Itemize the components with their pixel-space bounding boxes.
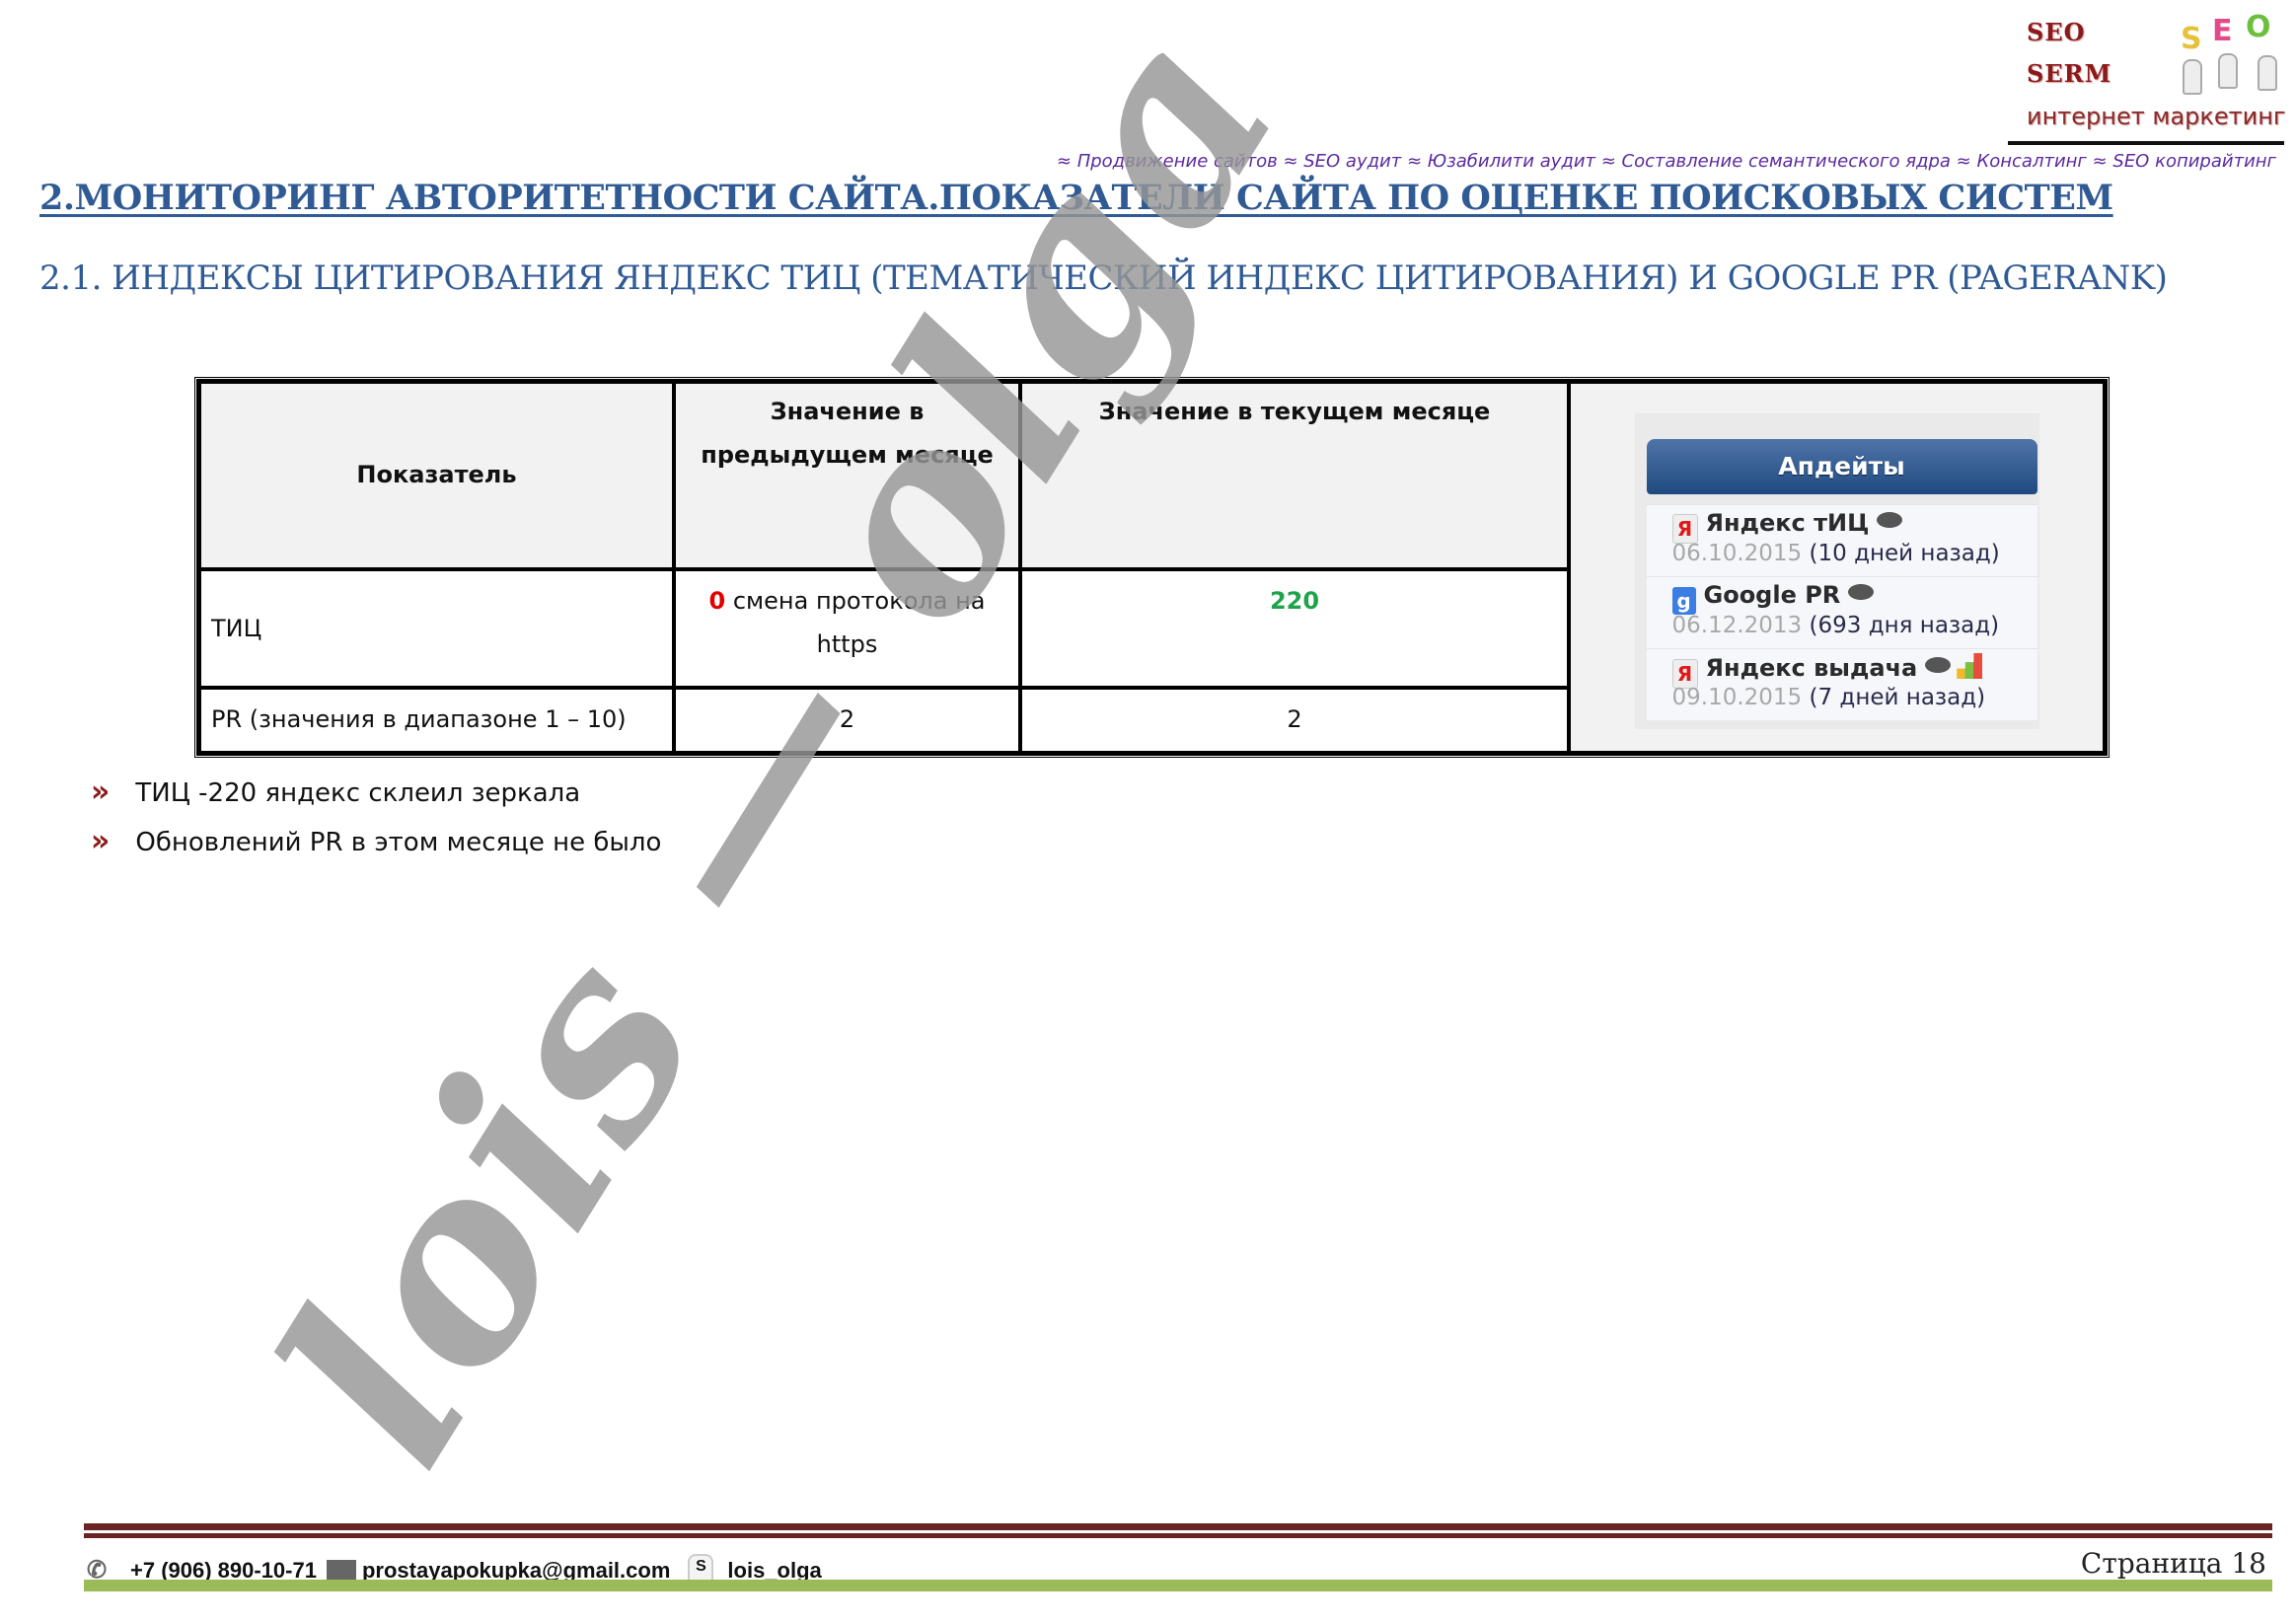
cell-metric: ТИЦ <box>199 569 674 688</box>
logo-balloon-o: O <box>2246 10 2271 44</box>
company-logo: SEO SERM интернет маркетинг S E O <box>2013 8 2289 146</box>
services-tagline: ≈ Продвижение сайтов ≈ SEO аудит ≈ Юзаби… <box>1057 151 2276 172</box>
logo-balloon-s: S <box>2181 22 2202 56</box>
watermark: lois — olga <box>207 0 1352 1533</box>
logo-serm-text: SERM <box>2027 59 2111 88</box>
logo-balloon-e: E <box>2212 14 2233 48</box>
header-current-month: Значение в текущем месяце <box>1020 382 1569 569</box>
bar-chart-icon[interactable] <box>1957 653 1982 679</box>
cell-prev-value: 0 смена протокола на https <box>674 569 1020 688</box>
cell-current-value: 2 <box>1020 688 1569 753</box>
updates-header-button[interactable]: Апдейты <box>1647 439 2037 494</box>
section-subtitle: 2.1. ИНДЕКСЫ ЦИТИРОВАНИЯ ЯНДЕКС ТИЦ (ТЕМ… <box>39 258 2167 298</box>
logo-divider <box>2008 141 2284 145</box>
cell-metric: PR (значения в диапазоне 1 – 10) <box>199 688 674 753</box>
comment-icon[interactable] <box>1877 512 1902 528</box>
updates-widget-cell: Апдейты ЯЯндекс тИЦ 06.10.2015 (10 дней … <box>1569 382 2105 753</box>
yandex-icon: Я <box>1672 514 1698 544</box>
double-chevron-icon: » <box>91 775 110 809</box>
section-title: 2.МОНИТОРИНГ АВТОРИТЕТНОСТИ САЙТА.ПОКАЗА… <box>39 178 2113 218</box>
update-item[interactable]: ЯЯндекс тИЦ 06.10.2015 (10 дней назад) <box>1647 504 2037 576</box>
updates-widget: Апдейты ЯЯндекс тИЦ 06.10.2015 (10 дней … <box>1635 413 2039 729</box>
cartoon-figure-icon <box>2258 55 2277 91</box>
page-number: Страница 18 <box>2081 1547 2266 1580</box>
header-metric: Показатель <box>199 382 674 569</box>
cartoon-figure-icon <box>2183 59 2202 95</box>
logo-internet-marketing-text: интернет маркетинг <box>2027 103 2286 130</box>
email-icon <box>327 1560 356 1582</box>
bullet-item: »Обновлений PR в этом месяце не было <box>91 824 661 858</box>
google-icon: g <box>1672 587 1696 615</box>
cartoon-figure-icon <box>2218 53 2238 89</box>
comment-icon[interactable] <box>1848 584 1874 600</box>
footer-divider <box>84 1533 2272 1538</box>
header-prev-month: Значение в предыдущем месяце <box>674 382 1020 569</box>
cell-prev-value: 2 <box>674 688 1020 753</box>
update-item[interactable]: gGoogle PR 06.12.2013 (693 дня назад) <box>1647 576 2037 648</box>
footer-green-bar <box>84 1580 2272 1591</box>
double-chevron-icon: » <box>91 824 110 858</box>
update-item[interactable]: ЯЯндекс выдача 09.10.2015 (7 дней назад) <box>1647 648 2037 720</box>
bullet-item: »ТИЦ -220 яндекс склеил зеркала <box>91 775 580 809</box>
footer-divider <box>84 1523 2272 1530</box>
metrics-table: Показатель Значение в предыдущем месяце … <box>194 377 2110 758</box>
comment-icon[interactable] <box>1925 657 1951 673</box>
cell-current-value: 220 <box>1020 569 1569 688</box>
logo-seo-text: SEO <box>2027 18 2086 46</box>
